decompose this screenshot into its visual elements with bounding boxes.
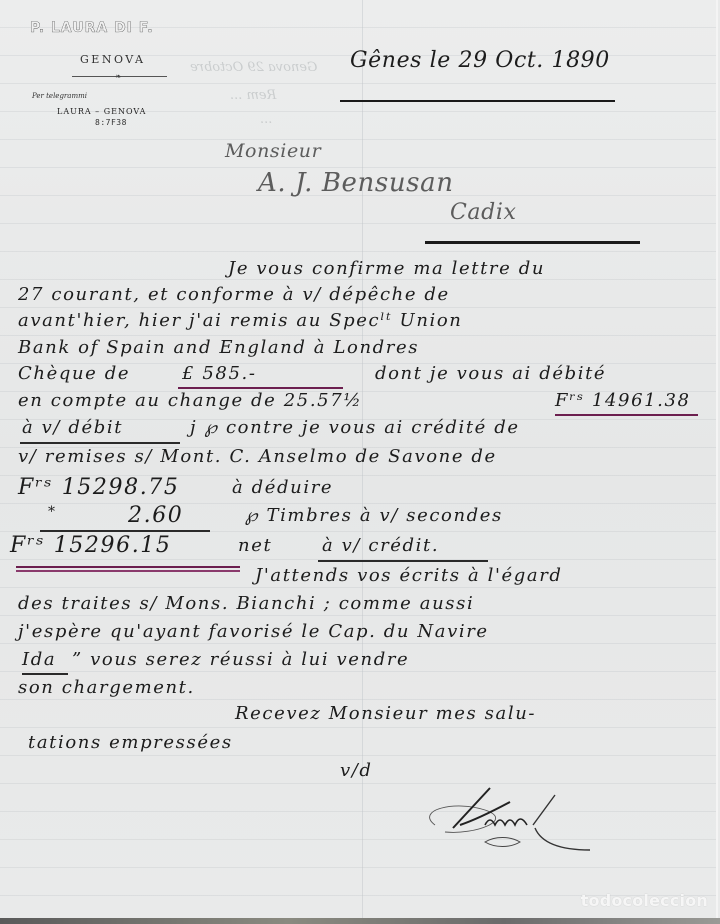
timbres-amount: 2.60 <box>128 503 183 528</box>
net-total-double-underline <box>16 570 240 572</box>
letterhead-firm-name: P. LAURA DI F. <box>30 20 154 36</box>
ornament-icon: ❧ <box>115 72 122 81</box>
telegram-label: Per telegrammi <box>32 92 87 100</box>
body-line: à déduire <box>232 477 333 498</box>
watermark: todocoleccion <box>581 891 708 910</box>
net-total: Fʳˢ 15296.15 <box>10 533 171 558</box>
scan-bottom-edge <box>0 918 720 924</box>
bleed-through-text: Genova 29 Octobre <box>190 60 317 75</box>
body-line: ” vous serez réussi à lui vendre <box>72 649 409 670</box>
body-line: avant'hier, hier j'ai remis au Specˡᵗ Un… <box>18 310 463 331</box>
recipient-name: A. J. Bensusan <box>258 168 454 198</box>
telegram-address: LAURA – GENOVA <box>57 107 146 116</box>
subtraction-rule <box>40 530 210 532</box>
body-line: Je vous confirme ma lettre du <box>228 258 545 279</box>
debit-phrase-underline <box>20 442 180 444</box>
body-line: 27 courant, et conforme à v/ dépêche de <box>18 284 450 305</box>
ship-name-underline <box>22 673 68 675</box>
body-line: des traites s/ Mons. Bianchi ; comme aus… <box>18 593 474 614</box>
timbres-sign: * <box>48 504 57 520</box>
body-line: j'espère qu'ayant favorisé le Cap. du Na… <box>18 621 489 642</box>
bleed-through-text: Rem ... <box>230 88 276 103</box>
francs-debit-amount: Fʳˢ 14961.38 <box>555 390 691 411</box>
cheque-amount: £ 585.- <box>182 363 257 384</box>
body-line: ℘ Timbres à v/ secondes <box>245 505 503 526</box>
bleed-through-text: ... <box>260 112 272 127</box>
closing-abbrev: v/d <box>340 760 373 781</box>
dateline: Gênes le 29 Oct. 1890 <box>350 48 610 73</box>
body-line: v/ remises s/ Mont. C. Anselmo de Savone… <box>18 446 497 467</box>
telegram-code: 8:7F38 <box>95 118 127 127</box>
salutation-title: Monsieur <box>225 140 321 162</box>
body-line: Chèque de <box>18 363 130 384</box>
body-line: en compte au change de 25.57½ <box>18 390 362 411</box>
net-total-underline <box>16 566 240 568</box>
body-line: Bank of Spain and England à Londres <box>18 337 419 358</box>
body-line: j ℘ contre je vous ai crédité de <box>190 417 520 438</box>
cheque-amount-underline <box>178 387 343 389</box>
body-line: dont je vous ai débité <box>375 363 606 384</box>
body-line: J'attends vos écrits à l'égard <box>255 565 563 586</box>
remises-total: Fʳˢ 15298.75 <box>18 475 179 500</box>
body-line: son chargement. <box>18 677 195 698</box>
letterhead-city: GENOVA <box>80 53 145 66</box>
address-rule <box>425 241 640 244</box>
credit-phrase-underline <box>318 560 488 562</box>
closing-line: Recevez Monsieur mes salu- <box>235 703 536 724</box>
dateline-rule <box>340 100 615 102</box>
body-line: net <box>238 535 272 556</box>
debit-phrase: à v/ débit <box>22 417 123 438</box>
ship-name: Ida <box>22 649 56 670</box>
francs-debit-underline <box>555 414 698 416</box>
closing-line: tations empressées <box>28 732 233 753</box>
credit-phrase: à v/ crédit. <box>322 535 439 556</box>
signature-flourish-icon <box>415 780 615 860</box>
recipient-city: Cadix <box>450 200 516 225</box>
